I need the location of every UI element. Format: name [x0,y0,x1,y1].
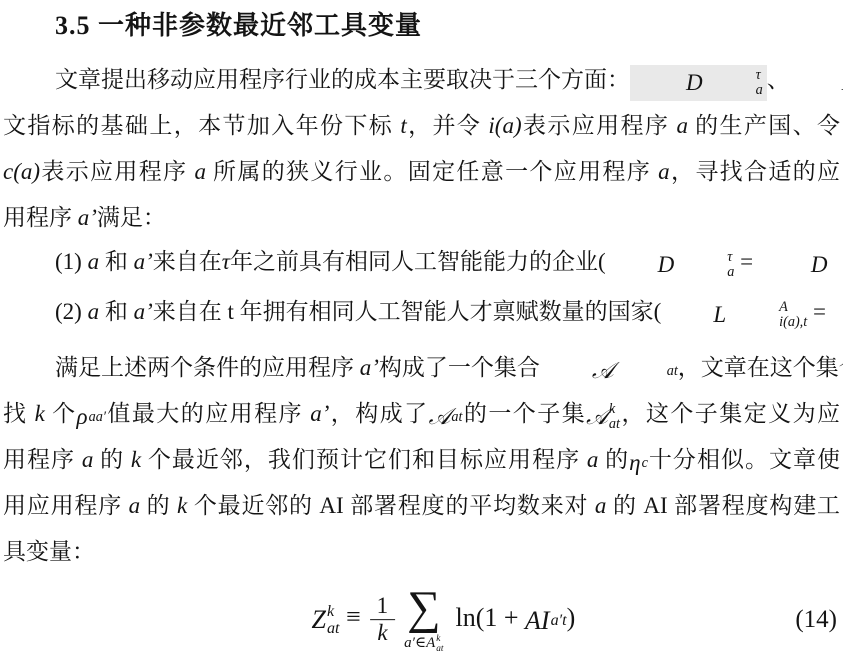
text-line: 文章提出移动应用程序行业的成本主要取决于三个方面：Dτa、LAi和ηc。在前 [3,57,840,103]
fraction-denominator: k [370,620,394,646]
document-page: { "page": { "background_color": "#ffffff… [0,0,843,669]
text-line: 满足上述两个条件的应用程序 a’构成了一个集合𝒜at，文章在这个集合中寻 [3,345,840,391]
equation-number: (14) [795,606,837,634]
paragraph-intro: 文章提出移动应用程序行业的成本主要取决于三个方面：Dτa、LAi和ηc。在前 文… [3,57,840,241]
fraction-numerator: 1 [370,593,396,620]
text-line: 用应用程序 a 的 k 个最近邻的 AI 部署程度的平均数来对 a 的 AI 部… [3,483,840,529]
paragraph-nearest-neighbor: 满足上述两个条件的应用程序 a’构成了一个集合𝒜at，文章在这个集合中寻 找 k… [3,345,840,575]
list-item-2: (2) a 和 a’来自在 t 年拥有相同人工智能人才禀赋数量的国家(LAi(a… [3,287,840,337]
summation: ∑ a′∈Akat [404,586,443,654]
equation-math: Zkat ≡ 1 k ∑ a′∈Akat ln(1 + AIa′t) [312,586,576,654]
condition-list: (1) a 和 a’来自在τ年之前具有相同人工智能能力的企业(Dτa = Dτa… [3,237,840,337]
section-heading: 3.5 一种非参数最近邻工具变量 [55,5,422,42]
summation-index: a′∈Akat [404,634,443,654]
equation-14: Zkat ≡ 1 k ∑ a′∈Akat ln(1 + AIa′t) (14) [0,574,843,666]
text-line: 具变量： [3,529,840,575]
equation-rhs: ln(1 + AIa′t) [455,603,575,636]
text-line: c(a)表示应用程序 a 所属的狭义行业。固定任意一个应用程序 a，寻找合适的应 [3,149,840,195]
equation-lhs: Zkat ≡ [312,602,361,637]
text-line: 文指标的基础上，本节加入年份下标 t，并令 i(a)表示应用程序 a 的生产国、… [3,103,840,149]
fraction: 1 k [370,593,396,647]
sigma-symbol: ∑ [407,586,441,631]
text-line: 用程序 a 的 k 个最近邻，我们预计它们和目标应用程序 a 的ηc十分相似。文… [3,437,840,483]
text-line: 找 k 个ρaa′值最大的应用程序 a’，构成了𝒜at的一个子集𝒜kat，这个子… [3,391,840,437]
list-item-1: (1) a 和 a’来自在τ年之前具有相同人工智能能力的企业(Dτa = Dτa… [3,237,840,287]
text-line: 用程序 a’满足： [3,195,840,241]
